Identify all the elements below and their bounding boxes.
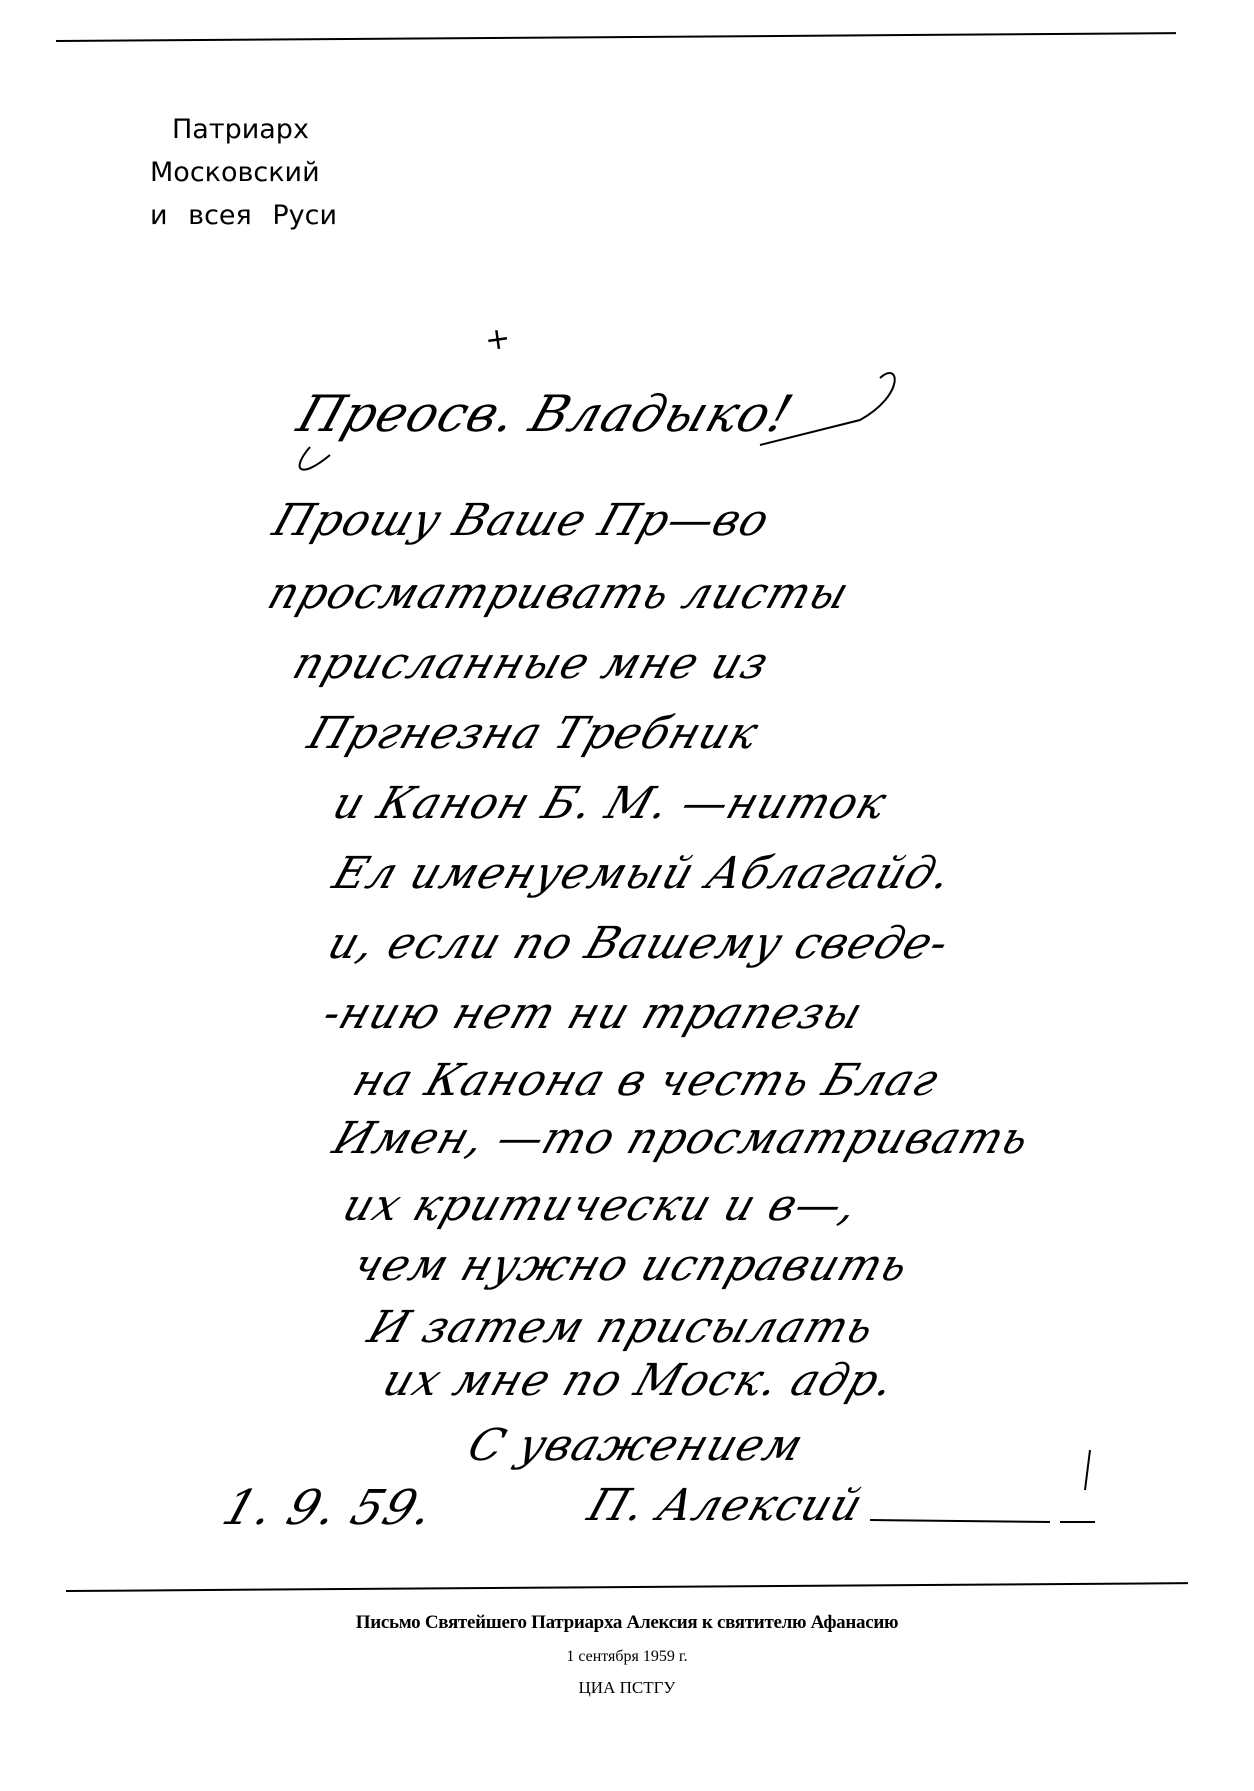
handwritten-letter: Преосв. Владыко! Прошу Ваше Пр—во просма… xyxy=(0,0,1254,1591)
caption-date: 1 сентября 1959 г. xyxy=(0,1648,1254,1666)
signature-flourish xyxy=(0,0,1254,1591)
caption-title: Письмо Святейшего Патриарха Алексия к св… xyxy=(0,1612,1254,1634)
caption-archive: ЦИА ПСТГУ xyxy=(0,1678,1254,1698)
